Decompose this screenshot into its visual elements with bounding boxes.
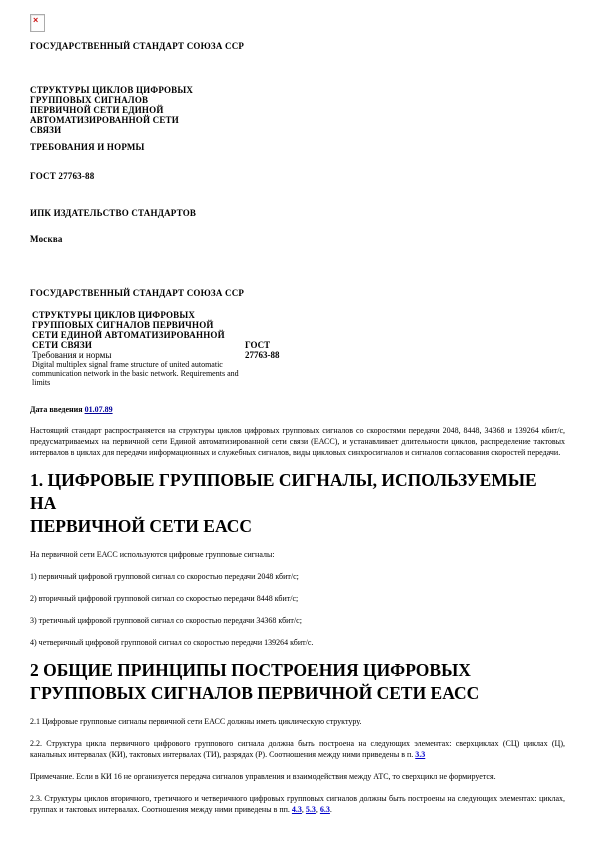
cover-title-line: СВЯЗИ — [30, 125, 565, 135]
section-1-lead: На первичной сети ЕАСС используются цифр… — [30, 549, 565, 560]
paragraph-2-1: 2.1 Цифровые групповые сигналы первичной… — [30, 716, 565, 727]
header-title-block: СТРУКТУРЫ ЦИКЛОВ ЦИФРОВЫХ ГРУППОВЫХ СИГН… — [32, 310, 565, 387]
cover-subtitle: ТРЕБОВАНИЯ И НОРМЫ — [30, 142, 565, 152]
link-clause-4-3[interactable]: 4.3 — [292, 805, 302, 814]
link-clause-6-3[interactable]: 6.3 — [320, 805, 330, 814]
intro-paragraph: Настоящий стандарт распространяется на с… — [30, 425, 565, 458]
document-page: × ГОСУДАРСТВЕННЫЙ СТАНДАРТ СОЮЗА ССР СТР… — [0, 0, 595, 842]
cover-doc-number: ГОСТ 27763-88 — [30, 171, 565, 181]
section-1-heading-line: 1. ЦИФРОВЫЕ ГРУППОВЫЕ СИГНАЛЫ, ИСПОЛЬЗУЕ… — [30, 469, 565, 515]
cover-title-line: ПЕРВИЧНОЙ СЕТИ ЕДИНОЙ — [30, 105, 565, 115]
header-title-line: СЕТИ СВЯЗИ — [32, 340, 565, 350]
effective-date-label: Дата введения — [30, 405, 83, 414]
list-item-1: 1) первичный цифровой групповой сигнал с… — [30, 571, 565, 582]
paragraph-2-2-text: 2.2. Структура цикла первичного цифровог… — [30, 739, 565, 759]
gost-number: 27763-88 — [245, 350, 280, 360]
cover-city: Москва — [30, 234, 565, 244]
list-item-4: 4) четверичный цифровой групповой сигнал… — [30, 637, 565, 648]
sentence-end: . — [330, 805, 332, 814]
header-gost-column: ГОСТ 27763-88 — [245, 340, 280, 360]
red-x-icon: × — [33, 16, 38, 25]
header-title-line: СЕТИ ЕДИНОЙ АВТОМАТИЗИРОВАННОЙ — [32, 330, 565, 340]
paragraph-2-3: 2.3. Структуры циклов вторичного, третич… — [30, 793, 565, 815]
header-subtitle-en: Digital multiplex signal frame structure… — [32, 360, 252, 387]
cover-title: СТРУКТУРЫ ЦИКЛОВ ЦИФРОВЫХ ГРУППОВЫХ СИГН… — [30, 85, 565, 135]
header-title-line: ГРУППОВЫХ СИГНАЛОВ ПЕРВИЧНОЙ — [32, 320, 565, 330]
broken-image-icon: × — [30, 14, 45, 32]
link-clause-5-3[interactable]: 5.3 — [306, 805, 316, 814]
link-clause-3-3[interactable]: 3.3 — [415, 750, 425, 759]
list-item-2: 2) вторичный цифровой групповой сигнал с… — [30, 593, 565, 604]
header-title: СТРУКТУРЫ ЦИКЛОВ ЦИФРОВЫХ ГРУППОВЫХ СИГН… — [32, 310, 565, 350]
header-subtitle-ru: Требования и нормы — [32, 350, 565, 360]
list-item-3: 3) третичный цифровой групповой сигнал с… — [30, 615, 565, 626]
paragraph-2-2: 2.2. Структура цикла первичного цифровог… — [30, 738, 565, 760]
cover-title-line: СТРУКТУРЫ ЦИКЛОВ ЦИФРОВЫХ — [30, 85, 565, 95]
section-1-heading-line: ПЕРВИЧНОЙ СЕТИ ЕАСС — [30, 515, 565, 538]
cover-title-line: АВТОМАТИЗИРОВАННОЙ СЕТИ — [30, 115, 565, 125]
gost-label: ГОСТ — [245, 340, 280, 350]
section-2-heading-line: 2 ОБЩИЕ ПРИНЦИПЫ ПОСТРОЕНИЯ ЦИФРОВЫХ — [30, 659, 565, 682]
section-2-heading-line: ГРУППОВЫХ СИГНАЛОВ ПЕРВИЧНОЙ СЕТИ ЕАСС — [30, 682, 565, 705]
cover-publisher: ИПК ИЗДАТЕЛЬСТВО СТАНДАРТОВ — [30, 208, 565, 218]
section-1-heading: 1. ЦИФРОВЫЕ ГРУППОВЫЕ СИГНАЛЫ, ИСПОЛЬЗУЕ… — [30, 469, 565, 538]
section-2-heading: 2 ОБЩИЕ ПРИНЦИПЫ ПОСТРОЕНИЯ ЦИФРОВЫХ ГРУ… — [30, 659, 565, 705]
effective-date-link[interactable]: 01.07.89 — [85, 405, 113, 414]
cover-standard-org: ГОСУДАРСТВЕННЫЙ СТАНДАРТ СОЮЗА ССР — [30, 41, 565, 51]
note-paragraph: Примечание. Если в КИ 16 не организуется… — [30, 771, 565, 782]
cover-title-line: ГРУППОВЫХ СИГНАЛОВ — [30, 95, 565, 105]
effective-date-line: Дата введения 01.07.89 — [30, 404, 565, 415]
header-title-line: СТРУКТУРЫ ЦИКЛОВ ЦИФРОВЫХ — [32, 310, 565, 320]
header-standard-org: ГОСУДАРСТВЕННЫЙ СТАНДАРТ СОЮЗА ССР — [30, 288, 565, 298]
